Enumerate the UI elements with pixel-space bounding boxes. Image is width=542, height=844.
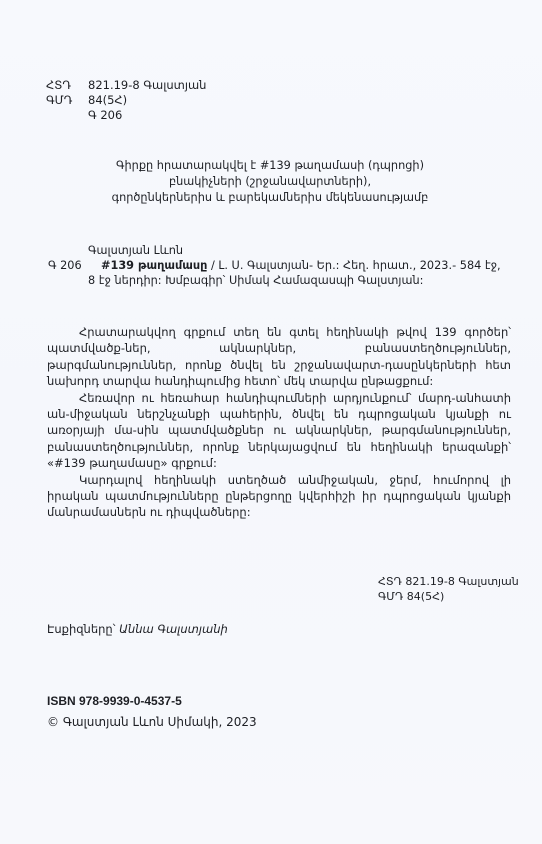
udc-value: 821.19-8 Գալստյան (88, 78, 206, 93)
isbn: ISBN 978-9939-0-4537-5 (47, 694, 182, 708)
book-annotation: Հրատարակվող գրքում տեղ են գտել հեղինակի … (47, 324, 511, 521)
catalog-description: #139 թաղամասը / Լ. Ս. Գալստյան- Եր.: Հեղ… (88, 258, 508, 288)
sponsor-line: գործընկերներիս և բարեկամներիս մեկենասութ… (100, 190, 440, 206)
book-imprint-page: ՀՏԴ 821.19-8 Գալստյան ԳՄԴ 84(5Հ) Գ 206 Գ… (0, 0, 542, 844)
bbk-label: ԳՄԴ (46, 93, 88, 108)
book-title: #139 թաղամասը (101, 259, 207, 272)
sketches-label: Էսքիզները՝ (47, 622, 119, 636)
catalog-cutter: Գ 206 (48, 258, 88, 288)
bbk-value: 84(5Հ) (88, 93, 127, 108)
catalog-author: Գալստյան Լևոն (48, 243, 508, 258)
catalog-entry: Գալստյան Լևոն Գ 206 #139 թաղամասը / Լ. Ս… (48, 243, 508, 288)
udc-bottom: ՀՏԴ 821.19-8 Գալստյան (378, 574, 519, 589)
catalog-title-line: #139 թաղամասը / Լ. Ս. Գալստյան- Եր.: Հեղ… (88, 258, 508, 273)
sketches-credit: Էսքիզները՝ Աննա Գալստյանի (47, 622, 228, 636)
annotation-paragraph: Հեռավոր ու հեռահար հանդիպումների արդյուն… (47, 390, 511, 472)
annotation-paragraph: Հրատարակվող գրքում տեղ են գտել հեղինակի … (47, 324, 511, 390)
sketches-artist: Աննա Գալստյանի (119, 622, 228, 636)
classification-row-cutter: Գ 206 (46, 108, 206, 123)
classification-block-bottom: ՀՏԴ 821.19-8 Գալստյան ԳՄԴ 84(5Հ) (378, 574, 519, 604)
classification-block-top: ՀՏԴ 821.19-8 Գալստյան ԳՄԴ 84(5Հ) Գ 206 (46, 78, 206, 123)
catalog-entry-row: Գ 206 #139 թաղամասը / Լ. Ս. Գալստյան- Եր… (48, 258, 508, 288)
bbk-bottom: ԳՄԴ 84(5Հ) (378, 589, 519, 604)
sponsor-note: Գիրքը հրատարակվել է #139 թաղամասի (դպրոց… (100, 158, 440, 206)
udc-label: ՀՏԴ (46, 78, 88, 93)
sponsor-line: Գիրքը հրատարակվել է #139 թաղամասի (դպրոց… (100, 158, 440, 174)
catalog-description-line-1: / Լ. Ս. Գալստյան- Եր.: Հեղ. հրատ., 2023.… (207, 259, 500, 272)
copyright: © Գալստյան Լևոն Սիմակի, 2023 (47, 715, 257, 729)
catalog-description-line-2: 8 էջ ներդիր: Խմբագիր՝ Սիմակ Համազասպի Գա… (88, 273, 508, 288)
cutter-label (46, 108, 88, 123)
classification-row-udc: ՀՏԴ 821.19-8 Գալստյան (46, 78, 206, 93)
classification-row-bbk: ԳՄԴ 84(5Հ) (46, 93, 206, 108)
sponsor-line: բնակիչների (շրջանավարտների), (100, 174, 440, 190)
annotation-paragraph: Կարդալով հեղինակի ստեղծած անմիջական, ջեր… (47, 472, 511, 521)
cutter-value: Գ 206 (88, 108, 122, 123)
